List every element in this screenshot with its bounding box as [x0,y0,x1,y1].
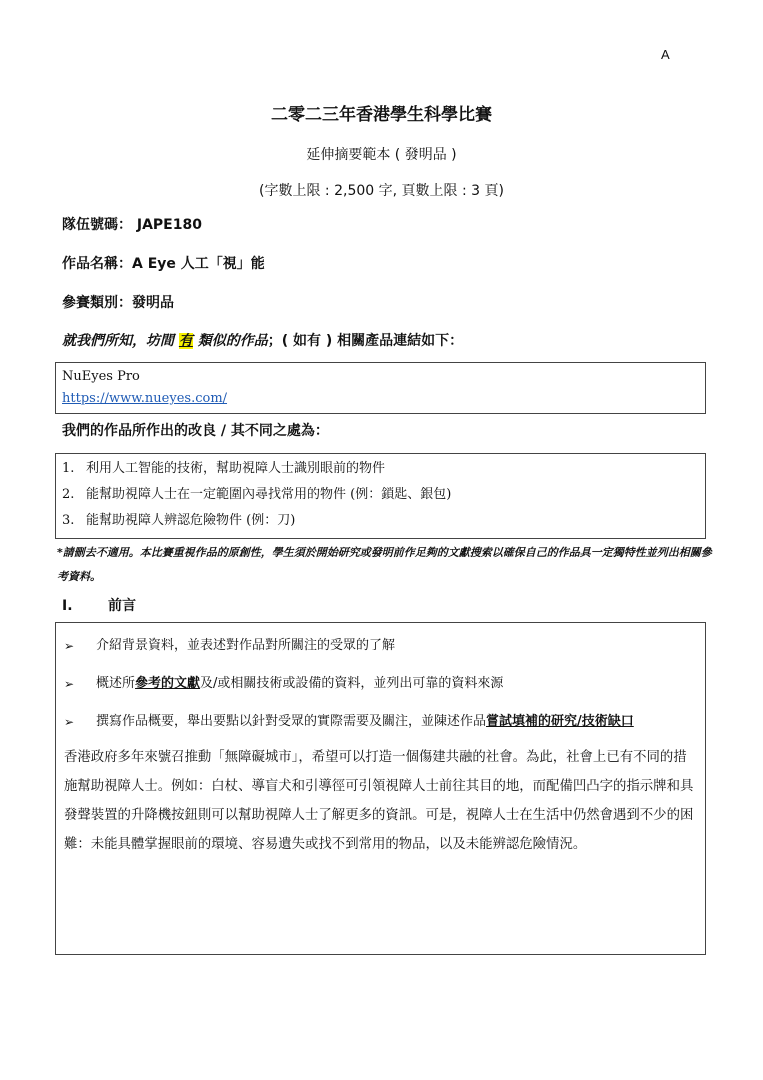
introduction-paragraph: 香港政府多年來號召推動「無障礙城市」，希望可以打造一個傷建共融的社會。為此，社會… [64,743,697,859]
arrowhead-bullet-icon: ➢ [64,631,74,661]
guideline-bullet: ➢ 介紹背景資料，並表述對作品對所關注的受眾的了解 [64,631,697,661]
improvement-item: 3.能幫助視障人辨認危險物件 (例：刀) [62,508,699,534]
improvements-heading: 我們的作品所作出的改良 / 其不同之處為： [62,420,329,440]
page-title: 二零二三年香港學生科學比賽 [0,100,763,125]
page-corner-label: A [661,47,670,62]
product-link[interactable]: https://www.nueyes.com/ [62,391,227,406]
page-subtitle: 延伸摘要範本 ( 發明品 ) [0,144,763,164]
originality-note: *請刪去不適用。本比賽重視作品的原創性，學生須於開始研究或發明前作足夠的文獻搜索… [57,541,717,589]
arrowhead-bullet-icon: ➢ [64,669,74,699]
project-name: 作品名稱：A Eye 人工「視」能 [62,253,265,273]
introduction-box: ➢ 介紹背景資料，並表述對作品對所關注的受眾的了解 ➢ 概述所參考的文獻及/或相… [55,622,706,955]
section-title: 前言 [108,598,136,614]
improvement-item: 2.能幫助視障人士在一定範圍內尋找常用的物件 (例：鎖匙、銀包) [62,482,699,508]
similar-suffix: ；( 如有 ) 相關產品連結如下： [268,333,463,349]
improvement-item: 1.利用人工智能的技術，幫助視障人士識別眼前的物件 [62,456,699,482]
improvements-box: 1.利用人工智能的技術，幫助視障人士識別眼前的物件 2.能幫助視障人士在一定範圍… [55,453,706,539]
similar-middle: 類似的作品 [198,333,268,349]
similar-products-statement: 就我們所知，坊間 有 類似的作品；( 如有 ) 相關產品連結如下： [62,330,463,350]
similar-products-box: NuEyes Pro https://www.nueyes.com/ [55,362,706,414]
category: 參賽類別：發明品 [62,292,174,312]
word-page-limits: (字數上限 : 2,500 字, 頁數上限 : 3 頁) [0,180,763,200]
similar-prefix: 就我們所知，坊間 [62,333,174,349]
team-code: 隊伍號碼： JAPE180 [62,214,202,234]
guideline-bullet: ➢ 撰寫作品概要，舉出要點以針對受眾的實際需要及關注，並陳述作品嘗試填補的研究/… [64,707,697,737]
similar-highlight: 有 [179,333,193,349]
guideline-bullet: ➢ 概述所參考的文獻及/或相關技術或設備的資料，並列出可靠的資料來源 [64,669,697,699]
section-number: I. [62,598,108,614]
section-heading: I.前言 [62,595,136,615]
arrowhead-bullet-icon: ➢ [64,707,74,737]
product-name: NuEyes Pro [62,366,699,388]
